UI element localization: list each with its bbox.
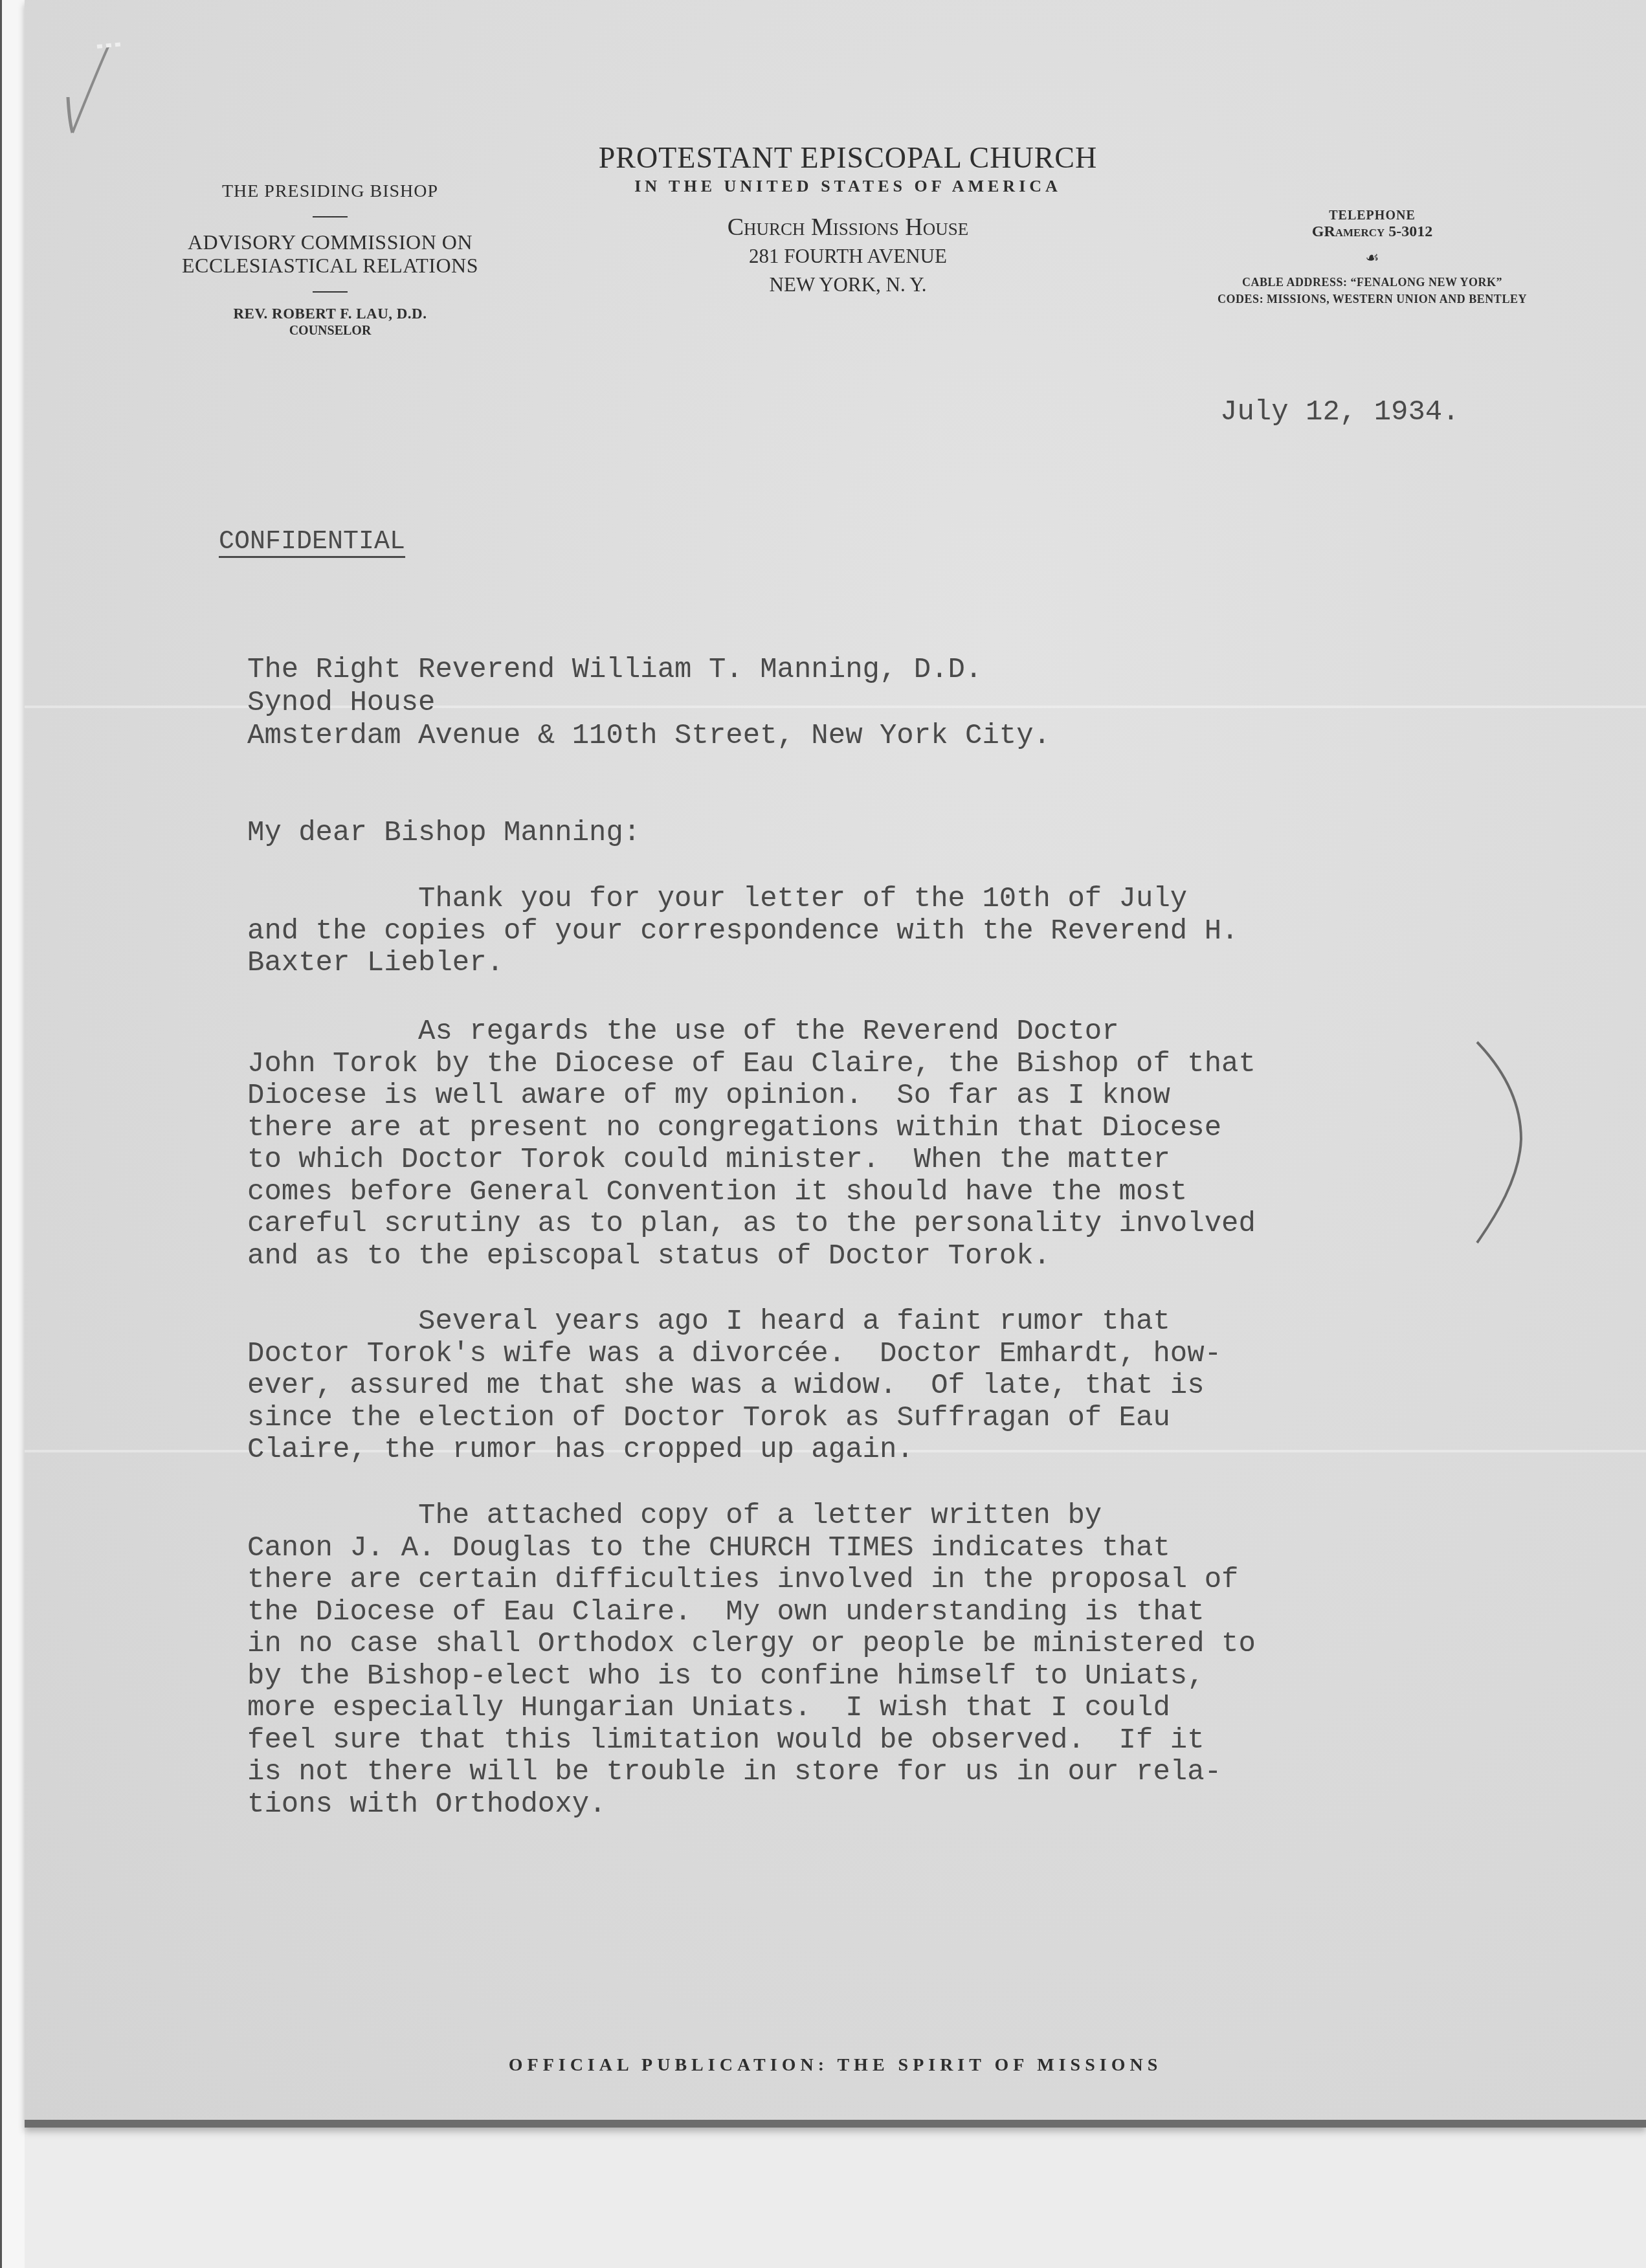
- confidential-marking: CONFIDENTIAL: [219, 528, 405, 557]
- divider: [313, 291, 348, 293]
- church-missions-house: Church Missions House: [557, 212, 1139, 242]
- paragraph-line: Baxter Liebler.: [247, 948, 1238, 980]
- counselor-name: REV. ROBERT F. LAU, D.D.: [129, 306, 531, 322]
- paragraph: Several years ago I heard a faint rumor …: [247, 1306, 1221, 1467]
- publication-footer: OFFICIAL PUBLICATION: THE SPIRIT OF MISS…: [25, 2055, 1646, 2076]
- office-title: THE PRESIDING BISHOP: [129, 181, 531, 202]
- telephone-label: TELEPHONE: [1100, 208, 1644, 223]
- paragraph-line: since the election of Doctor Torok as Su…: [247, 1403, 1221, 1435]
- paragraph-line: is not there will be trouble in store fo…: [247, 1757, 1256, 1789]
- telegraph-codes: CODES: MISSIONS, WESTERN UNION AND BENTL…: [1100, 291, 1644, 307]
- paragraph-line: Claire, the rumor has cropped up again.: [247, 1434, 1221, 1467]
- church-country: IN THE UNITED STATES OF AMERICA: [557, 175, 1139, 198]
- letterhead-left: THE PRESIDING BISHOP ADVISORY COMMISSION…: [129, 181, 531, 339]
- recipient-line: The Right Reverend William T. Manning, D…: [247, 654, 1051, 687]
- commission-line-2: ECCLESIASTICAL RELATIONS: [129, 254, 531, 277]
- scan-left-edge: [0, 0, 25, 2268]
- paragraph-line: to which Doctor Torok could minister. Wh…: [247, 1144, 1256, 1177]
- paragraph-line: John Torok by the Diocese of Eau Claire,…: [247, 1049, 1256, 1081]
- paragraph-line: the Diocese of Eau Claire. My own unders…: [247, 1597, 1256, 1629]
- paragraph: As regards the use of the Reverend Docto…: [247, 1016, 1256, 1273]
- city-address: NEW YORK, N. Y.: [557, 271, 1139, 299]
- paragraph-line: there are certain difficulties involved …: [247, 1564, 1256, 1597]
- cable-address: CABLE ADDRESS: “FENALONG NEW YORK”: [1100, 274, 1644, 291]
- church-name: PROTESTANT EPISCOPAL CHURCH: [557, 141, 1139, 175]
- paragraph-line: tions with Orthodoxy.: [247, 1789, 1256, 1821]
- ornament-icon: ☙: [1100, 249, 1644, 267]
- paragraph-line: ever, assured me that she was a widow. O…: [247, 1370, 1221, 1403]
- paragraph-line: more especially Hungarian Uniats. I wish…: [247, 1693, 1256, 1725]
- paragraph-line: and the copies of your correspondence wi…: [247, 916, 1238, 948]
- paragraph-line: in no case shall Orthodox clergy or peop…: [247, 1629, 1256, 1661]
- paragraph-line: comes before General Convention it shoul…: [247, 1177, 1256, 1209]
- pencil-checkmark-icon: [58, 39, 142, 155]
- paragraph-line: feel sure that this limitation would be …: [247, 1725, 1256, 1757]
- paragraph-line: there are at present no congregations wi…: [247, 1113, 1256, 1145]
- paragraph: Thank you for your letter of the 10th of…: [247, 884, 1238, 980]
- letter-date: July 12, 1934.: [1220, 396, 1460, 428]
- recipient-address: The Right Reverend William T. Manning, D…: [247, 654, 1051, 753]
- letterhead-center: PROTESTANT EPISCOPAL CHURCH IN THE UNITE…: [557, 141, 1139, 299]
- paragraph-line: by the Bishop-elect who is to confine hi…: [247, 1661, 1256, 1693]
- paragraph-line: Several years ago I heard a faint rumor …: [247, 1306, 1221, 1339]
- paragraph-line: Thank you for your letter of the 10th of…: [247, 884, 1238, 916]
- paragraph-line: Canon J. A. Douglas to the CHURCH TIMES …: [247, 1533, 1256, 1565]
- telephone-number: GRamercy 5-3012: [1100, 223, 1644, 241]
- paragraph-line: As regards the use of the Reverend Docto…: [247, 1016, 1256, 1049]
- divider: [313, 216, 348, 217]
- paragraph-line: and as to the episcopal status of Doctor…: [247, 1241, 1256, 1273]
- letterhead-right: TELEPHONE GRamercy 5-3012 ☙ CABLE ADDRES…: [1100, 208, 1644, 307]
- street-address: 281 FOURTH AVENUE: [557, 242, 1139, 271]
- recipient-line: Synod House: [247, 687, 1051, 720]
- commission-line-1: ADVISORY COMMISSION ON: [129, 230, 531, 254]
- recipient-line: Amsterdam Avenue & 110th Street, New Yor…: [247, 720, 1051, 753]
- paragraph-line: Diocese is well aware of my opinion. So …: [247, 1080, 1256, 1113]
- paragraph: The attached copy of a letter written by…: [247, 1500, 1256, 1821]
- paragraph-line: Doctor Torok's wife was a divorcée. Doct…: [247, 1339, 1221, 1371]
- paragraph-line: The attached copy of a letter written by: [247, 1500, 1256, 1533]
- paragraph-line: careful scrutiny as to plan, as to the p…: [247, 1208, 1256, 1241]
- counselor-title: COUNSELOR: [129, 324, 531, 339]
- pencil-bracket-icon: [1469, 1036, 1547, 1249]
- salutation: My dear Bishop Manning:: [247, 817, 640, 849]
